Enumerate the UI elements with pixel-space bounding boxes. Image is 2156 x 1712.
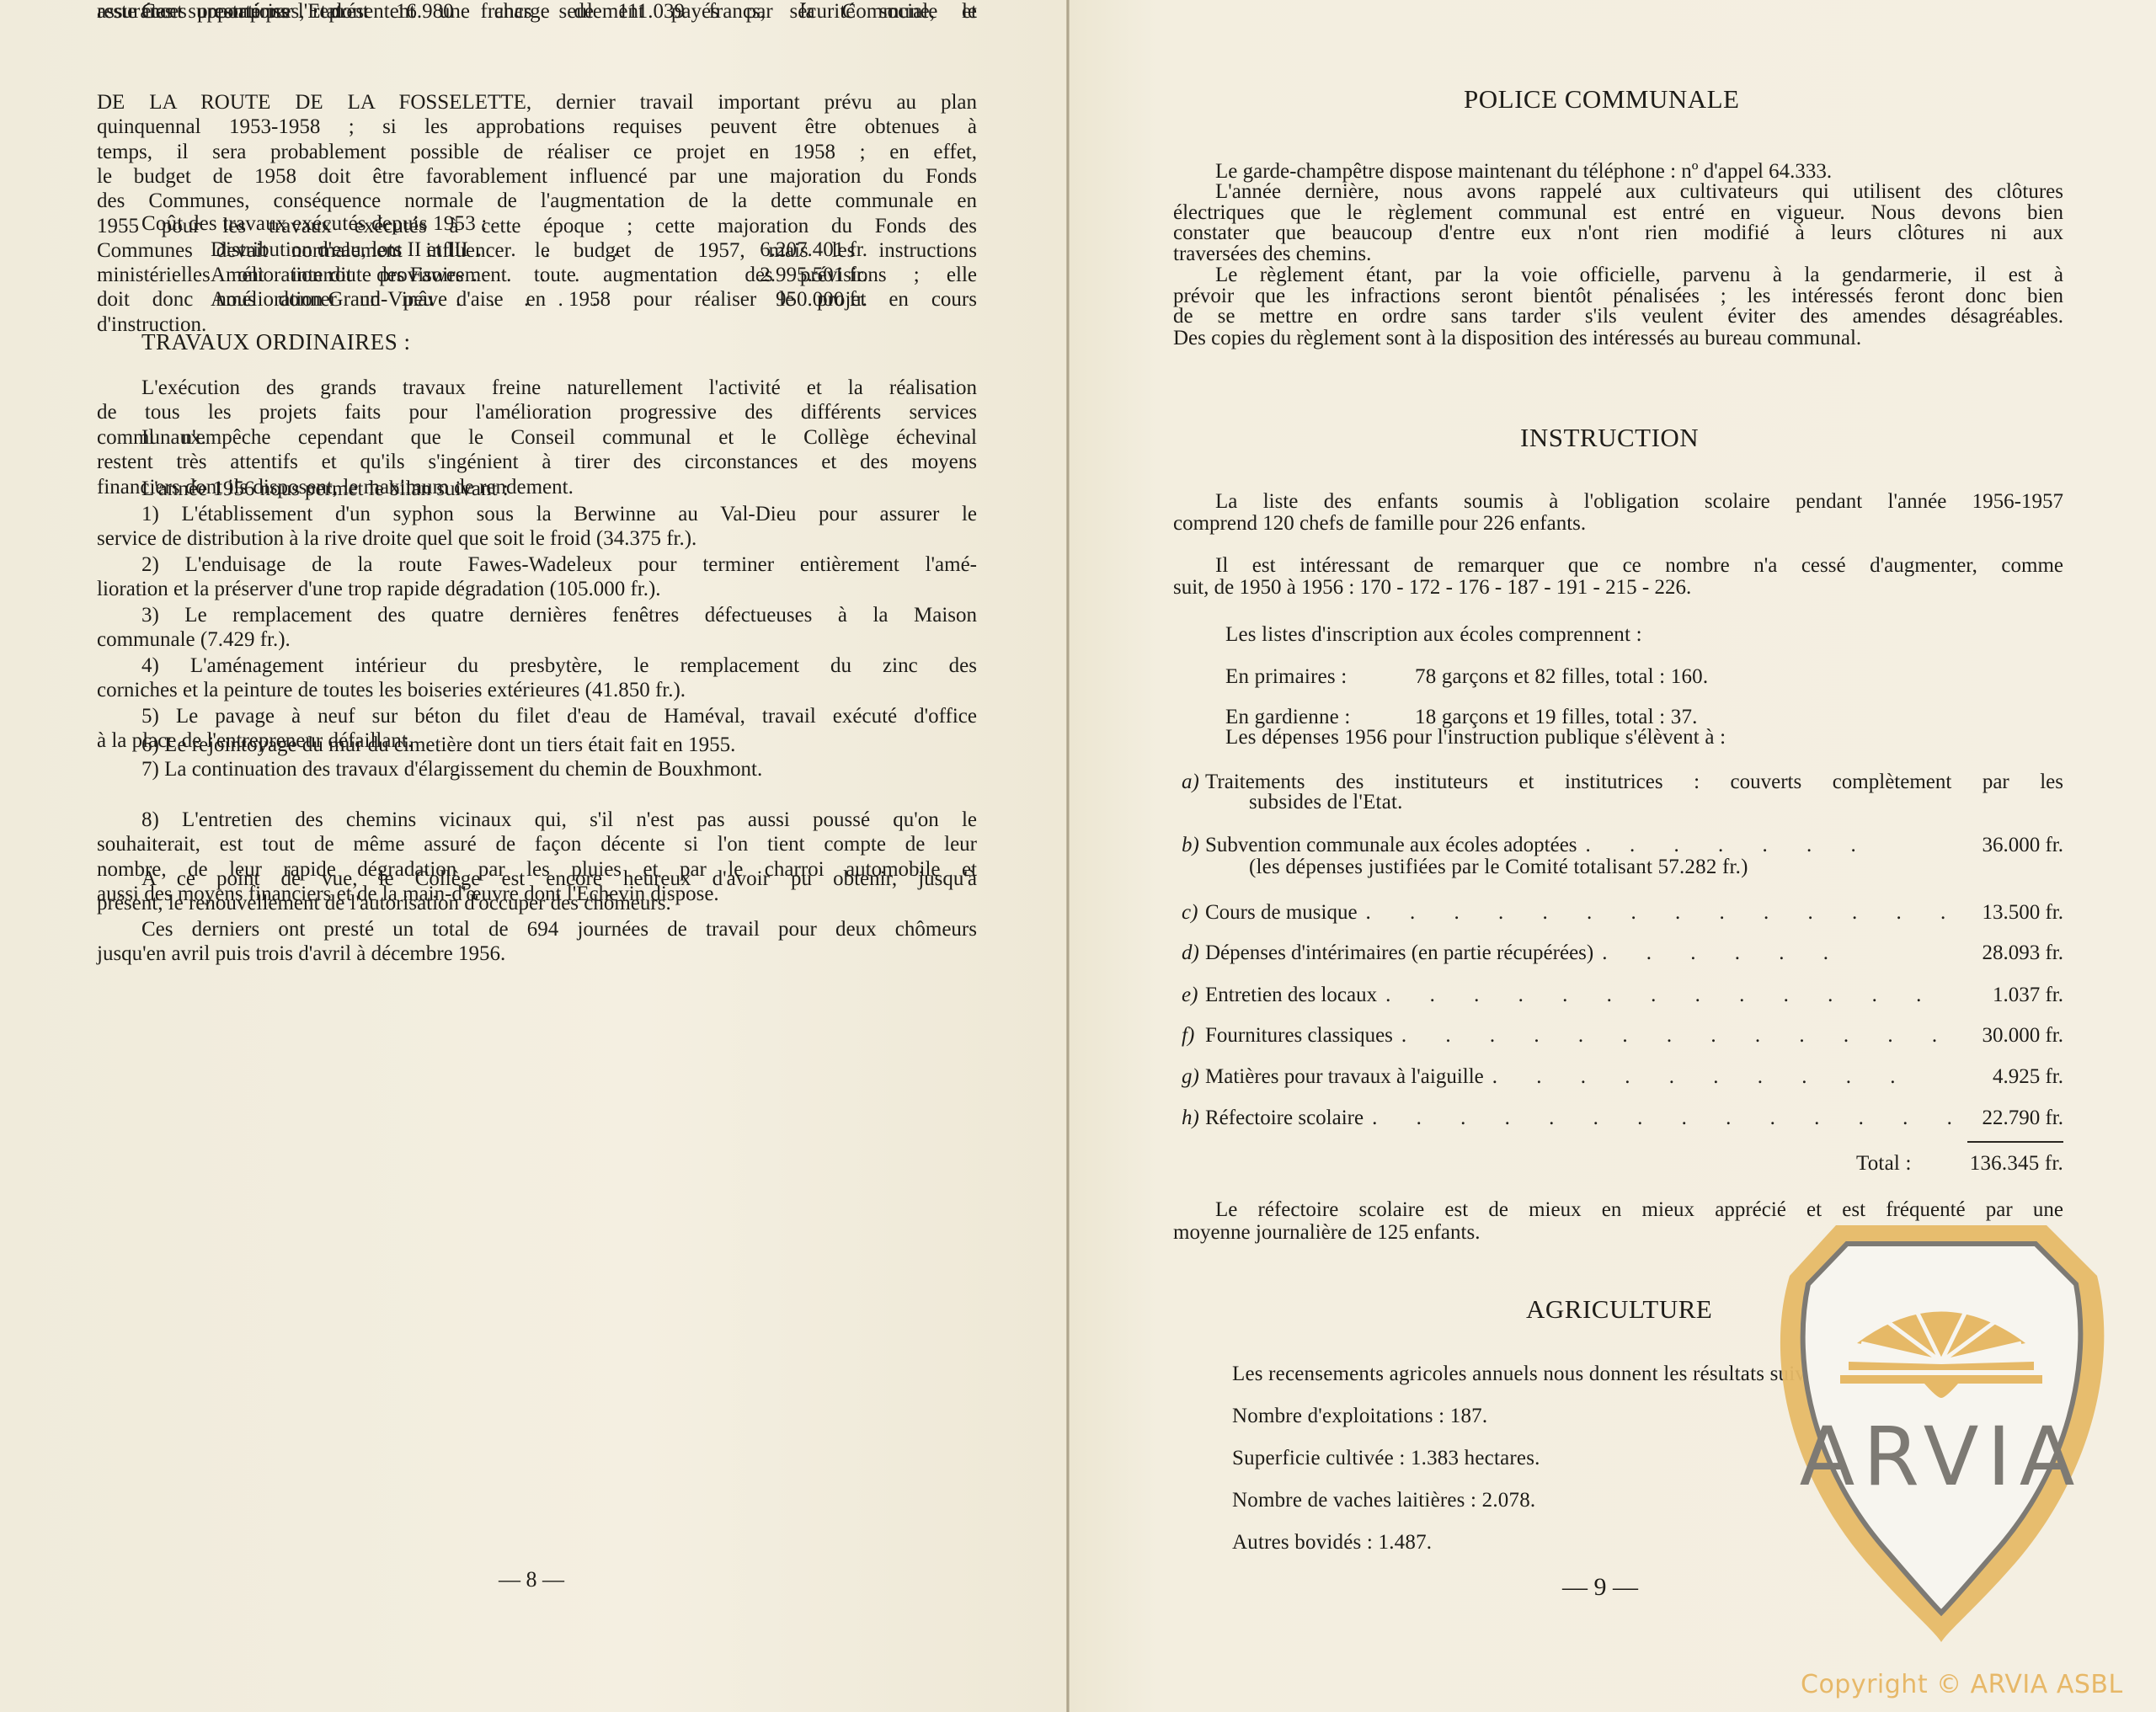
text-line: L'exécution des grands travaux freine na… [141, 376, 977, 400]
dot-leader: . . . . . [447, 288, 707, 312]
expense-label: Dépenses d'intérimaires (en partie récup… [1205, 941, 1593, 965]
dot-leader: . . . . . . [1593, 941, 1954, 965]
text-line: A ce point de vue, le Collège est encore… [141, 867, 977, 891]
text-line: 2) L'enduisage de la route Fawes-Wadeleu… [141, 553, 977, 577]
text-line: constater que beaucoup d'entre eux n'ont… [1173, 221, 2063, 245]
cost-row: Amélioration Grand-Vinâve. . . . .950.00… [211, 288, 867, 312]
page-number-8: — 8 — [499, 1567, 564, 1592]
text-line: 1) L'établissement d'un syphon sous la B… [141, 503, 977, 526]
expense-row: d)Dépenses d'intérimaires (en partie réc… [1182, 941, 2063, 965]
agriculture-stat: Nombre de vaches laitières : 2.078. [1232, 1489, 1535, 1512]
expense-amount: 13.500 fr. [1954, 901, 2063, 925]
expense-amount: 30.000 fr. [1954, 1024, 2063, 1048]
expense-label-cont: subsides de l'Etat. [1249, 791, 1403, 814]
expense-letter: d) [1182, 941, 1205, 965]
cost-row: Distribution d'eau, lots II et III. . . … [211, 238, 867, 262]
text-line: lioration et la préserver d'une trop rap… [97, 578, 977, 601]
text-line: DE LA ROUTE DE LA FOSSELETTE, dernier tr… [97, 91, 977, 115]
text-line: Le règlement étant, par la voie officiel… [1215, 264, 2063, 287]
cost-intro: Coût des travaux exécutés depuis 1953 : [141, 212, 488, 236]
cost-row: Amélioration route des Fawes. . . .2.995… [211, 264, 867, 287]
cost-label: Amélioration route des Fawes [211, 264, 464, 287]
total-label: Total : [1856, 1152, 1912, 1176]
enrolment-label: En primaires : [1225, 665, 1347, 689]
text-line: des Communes, conséquence normale de l'a… [97, 189, 977, 213]
agriculture-stat: Autres bovidés : 1.487. [1232, 1531, 1432, 1555]
expense-label: Entretien des locaux [1205, 984, 1377, 1007]
text-line: traversées des chemins. [1173, 243, 2063, 266]
copyright-notice: Copyright © ARVIA ASBL [1801, 1670, 2123, 1699]
expense-amount: 28.093 fr. [1954, 941, 2063, 965]
text-line: 3) Le remplacement des quatre dernières … [141, 604, 977, 627]
dot-leader: . . . . . . . . . . . . . . . [1358, 901, 1954, 925]
text-line: quinquennal 1953-1958 ; si les approbati… [97, 115, 977, 139]
expense-amount: 1.037 fr. [1954, 984, 2063, 1007]
text-line: Ces derniers ont presté un total de 694 … [141, 918, 977, 941]
agriculture-stat: Nombre d'exploitations : 187. [1232, 1405, 1487, 1428]
expense-amount: 22.790 fr. [1954, 1107, 2063, 1130]
expense-letter: b) [1182, 834, 1205, 857]
expense-row: b)Subvention communale aux écoles adopté… [1182, 834, 2063, 857]
text-line: jusqu'en avril puis trois d'avril à déce… [97, 942, 977, 966]
cost-label: Distribution d'eau, lots II et III [211, 238, 468, 262]
text-line: présent, le renouvellement de l'autorisa… [97, 892, 977, 915]
dot-leader: . . . . . . . . . . . . . [1393, 1024, 1954, 1048]
expense-letter: g) [1182, 1065, 1205, 1089]
expenses-intro: Les dépenses 1956 pour l'instruction pub… [1225, 726, 1726, 749]
expense-row: c)Cours de musique. . . . . . . . . . . … [1182, 901, 2063, 925]
expense-label: Subvention communale aux écoles adoptées [1205, 834, 1577, 857]
text-line: 7) La continuation des travaux d'élargis… [141, 758, 977, 781]
text-line: 8) L'entretien des chemins vicinaux qui,… [141, 808, 977, 832]
text-line: 4) L'aménagement intérieur du presbytère… [141, 654, 977, 678]
text-line: 5) Le pavage à neuf sur béton du filet d… [141, 705, 977, 728]
cost-label: Amélioration Grand-Vinâve [211, 288, 447, 312]
dot-leader: . . . . . [468, 238, 707, 262]
cost-amount: 950.000 fr. [707, 288, 867, 312]
dot-leader: . . . . . . . . . . . . . . [1377, 984, 1954, 1007]
expense-amount: 36.000 fr. [1954, 834, 2063, 857]
text-line: Des copies du règlement sont à la dispos… [1173, 327, 2063, 350]
text-line: de se mettre en ordre sans tarder s'ils … [1173, 305, 2063, 328]
expense-note: (les dépenses justifiées par le Comité t… [1249, 856, 1748, 879]
expense-row: f)Fournitures classiques. . . . . . . . … [1182, 1024, 2063, 1048]
expense-label: Cours de musique [1205, 901, 1358, 925]
heading-police-communale: POLICE COMMUNALE [1464, 84, 1739, 115]
text-line: Il est intéressant de remarquer que ce n… [1215, 554, 2063, 578]
total-amount: 136.345 fr. [1958, 1152, 2063, 1176]
text-line: L'année dernière, nous avons rappelé aux… [1215, 180, 2063, 204]
dot-leader: . . . . . . . . . . [1484, 1065, 1954, 1089]
text-line: communale (7.429 fr.). [97, 628, 977, 652]
cost-amount: 2.995.501 fr. [707, 264, 867, 287]
expense-letter: a) [1182, 771, 1205, 794]
text-line: le budget de 1958 doit être favorablemen… [97, 165, 977, 189]
agriculture-stat: Superficie cultivée : 1.383 hectares. [1232, 1447, 1540, 1470]
section-heading-travaux: TRAVAUX ORDINAIRES : [141, 329, 411, 355]
expense-label: Matières pour travaux à l'aiguille [1205, 1065, 1484, 1089]
expense-row: g)Matières pour travaux à l'aiguille. . … [1182, 1065, 2063, 1089]
text-line: reste étant supporté par l'Etat. [97, 0, 977, 24]
expense-amount: 4.925 fr. [1954, 1065, 2063, 1089]
expense-letter: h) [1182, 1107, 1205, 1130]
text-line: service de distribution à la rive droite… [97, 527, 977, 551]
cost-amount: 6.207.401 fr. [707, 238, 867, 262]
arvia-shield-logo: ARVIA [1756, 1217, 2127, 1655]
expense-letter: f) [1182, 1024, 1205, 1048]
total-rule [1967, 1141, 2063, 1143]
heading-instruction: INSTRUCTION [1520, 423, 1699, 453]
text-line: comprend 120 chefs de famille pour 226 e… [1173, 512, 2063, 536]
text-line: La liste des enfants soumis à l'obligati… [1215, 490, 2063, 514]
text-line: L'année 1956 nous permet le bilan suivan… [141, 477, 977, 501]
expense-label: Fournitures classiques [1205, 1024, 1393, 1048]
dot-leader: . . . . [464, 264, 707, 287]
expense-row: h)Réfectoire scolaire. . . . . . . . . .… [1182, 1107, 2063, 1130]
enrolment-value: 78 garçons et 82 filles, total : 160. [1415, 665, 1708, 689]
page-fold [1066, 0, 1070, 1712]
heading-agriculture: AGRICULTURE [1526, 1294, 1712, 1325]
expense-letter: c) [1182, 901, 1205, 925]
page-number-9: — 9 — [1562, 1573, 1638, 1602]
text-line: 6) Le rejointoyage du mur du cimetière d… [141, 733, 977, 757]
expense-label: Réfectoire scolaire [1205, 1107, 1364, 1130]
expense-row: e)Entretien des locaux. . . . . . . . . … [1182, 984, 2063, 1007]
logo-text: ARVIA [1800, 1410, 2084, 1504]
dot-leader: . . . . . . . [1577, 834, 1954, 857]
text-line: de tous les projets faits pour l'amélior… [97, 401, 977, 424]
dot-leader: . . . . . . . . . . . . . . [1364, 1107, 1954, 1130]
text-line: corniches et la peinture de toutes les b… [97, 679, 977, 702]
text-line: Il n'empêche cependant que le Conseil co… [141, 426, 977, 450]
text-line: souhaiterait, est tout de même assuré de… [97, 833, 977, 856]
enrolment-intro: Les listes d'inscription aux écoles comp… [1225, 623, 1642, 647]
text-line: restent très attentifs et qu'ils s'ingén… [97, 451, 977, 474]
expense-letter: e) [1182, 984, 1205, 1007]
text-line: suit, de 1950 à 1956 : 170 - 172 - 176 -… [1173, 576, 2063, 600]
text-line: temps, il sera probablement possible de … [97, 141, 977, 164]
